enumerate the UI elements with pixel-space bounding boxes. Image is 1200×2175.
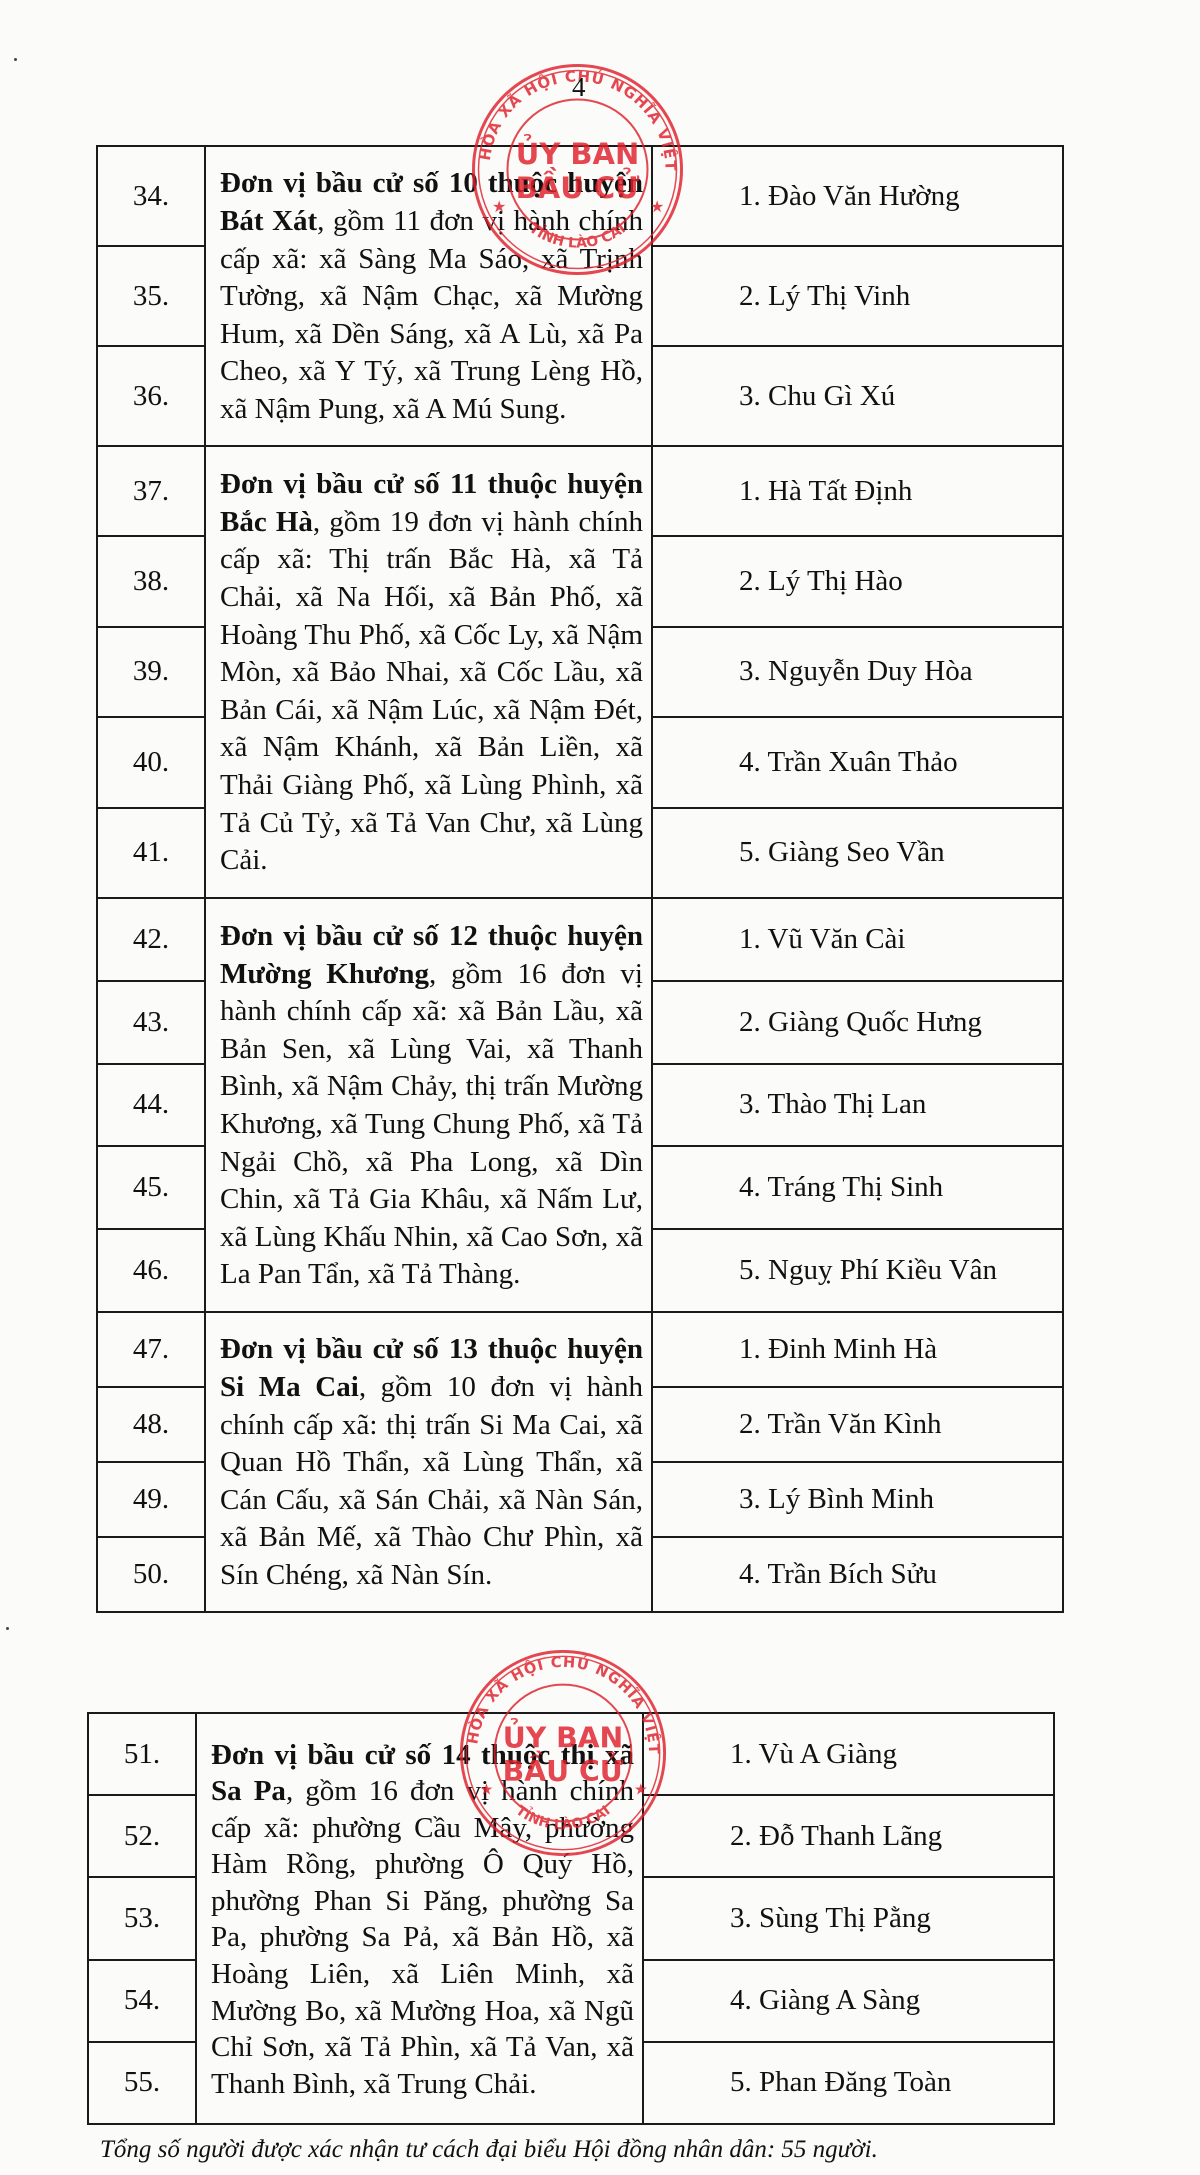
candidate-table: 51.Đơn vị bầu cử số 14 thuộc thị xã Sa P… bbox=[87, 1712, 1055, 2125]
constituency-description: Đơn vị bầu cử số 11 thuộc huyện Bắc Hà, … bbox=[205, 446, 652, 898]
candidate-name: 2. Lý Thị Vinh bbox=[652, 246, 1063, 346]
candidate-name: 1. Đào Văn Hường bbox=[652, 146, 1063, 246]
row-number: 45. bbox=[97, 1146, 205, 1229]
row-number: 41. bbox=[97, 808, 205, 898]
constituency-description: Đơn vị bầu cử số 14 thuộc thị xã Sa Pa, … bbox=[196, 1713, 643, 2124]
scan-speck bbox=[6, 1627, 9, 1630]
row-number: 42. bbox=[97, 898, 205, 981]
row-number: 51. bbox=[88, 1713, 196, 1795]
constituency-communes: , gồm 16 đơn vị hành chính cấp xã: phườn… bbox=[211, 1775, 634, 2100]
row-number: 43. bbox=[97, 981, 205, 1064]
row-number: 34. bbox=[97, 146, 205, 246]
candidate-table: 34.Đơn vị bầu cử số 10 thuộc huyện Bát X… bbox=[96, 145, 1064, 1613]
candidate-name: 1. Hà Tất Định bbox=[652, 446, 1063, 536]
candidate-name: 3. Nguyễn Duy Hòa bbox=[652, 627, 1063, 717]
candidate-name: 4. Trần Bích Sửu bbox=[652, 1537, 1063, 1612]
candidate-name: 1. Vũ Văn Cài bbox=[652, 898, 1063, 981]
row-number: 49. bbox=[97, 1462, 205, 1537]
row-number: 46. bbox=[97, 1229, 205, 1312]
constituency-description: Đơn vị bầu cử số 13 thuộc huyện Si Ma Ca… bbox=[205, 1312, 652, 1612]
candidate-name: 4. Trần Xuân Thảo bbox=[652, 717, 1063, 807]
constituency-description: Đơn vị bầu cử số 10 thuộc huyện Bát Xát,… bbox=[205, 146, 652, 446]
row-number: 48. bbox=[97, 1387, 205, 1462]
row-number: 37. bbox=[97, 446, 205, 536]
candidate-name: 3. Chu Gì Xú bbox=[652, 346, 1063, 446]
candidate-name: 5. Phan Đăng Toàn bbox=[643, 2042, 1054, 2124]
candidate-name: 3. Thào Thị Lan bbox=[652, 1064, 1063, 1147]
table-row: 51.Đơn vị bầu cử số 14 thuộc thị xã Sa P… bbox=[88, 1713, 1054, 1795]
candidate-name: 1. Đinh Minh Hà bbox=[652, 1312, 1063, 1387]
table-row: 47.Đơn vị bầu cử số 13 thuộc huyện Si Ma… bbox=[97, 1312, 1063, 1387]
page-number: 4 bbox=[572, 72, 586, 103]
constituency-communes: , gồm 10 đơn vị hành chính cấp xã: thị t… bbox=[220, 1371, 643, 1591]
candidate-name: 2. Lý Thị Hào bbox=[652, 536, 1063, 626]
constituency-communes: , gồm 19 đơn vị hành chính cấp xã: Thị t… bbox=[220, 506, 643, 876]
row-number: 47. bbox=[97, 1312, 205, 1387]
table-row: 37.Đơn vị bầu cử số 11 thuộc huyện Bắc H… bbox=[97, 446, 1063, 536]
table-row: 34.Đơn vị bầu cử số 10 thuộc huyện Bát X… bbox=[97, 146, 1063, 246]
candidate-name: 2. Đỗ Thanh Lãng bbox=[643, 1795, 1054, 1877]
row-number: 44. bbox=[97, 1064, 205, 1147]
table-row: 42.Đơn vị bầu cử số 12 thuộc huyện Mường… bbox=[97, 898, 1063, 981]
row-number: 53. bbox=[88, 1877, 196, 1959]
constituency-description: Đơn vị bầu cử số 12 thuộc huyện Mường Kh… bbox=[205, 898, 652, 1312]
scan-speck bbox=[14, 58, 17, 61]
row-number: 38. bbox=[97, 536, 205, 626]
candidate-name: 3. Lý Bình Minh bbox=[652, 1462, 1063, 1537]
candidate-name: 4. Tráng Thị Sinh bbox=[652, 1146, 1063, 1229]
candidate-name: 5. Giàng Seo Vần bbox=[652, 808, 1063, 898]
row-number: 40. bbox=[97, 717, 205, 807]
candidate-name: 1. Vù A Giàng bbox=[643, 1713, 1054, 1795]
row-number: 50. bbox=[97, 1537, 205, 1612]
candidate-name: 2. Trần Văn Kình bbox=[652, 1387, 1063, 1462]
candidate-name: 2. Giàng Quốc Hưng bbox=[652, 981, 1063, 1064]
row-number: 54. bbox=[88, 1960, 196, 2042]
total-footnote: Tổng số người được xác nhận tư cách đại … bbox=[100, 2136, 878, 2164]
row-number: 36. bbox=[97, 346, 205, 446]
row-number: 39. bbox=[97, 627, 205, 717]
row-number: 52. bbox=[88, 1795, 196, 1877]
constituency-communes: , gồm 11 đơn vị hành chính cấp xã: xã Sà… bbox=[220, 205, 643, 425]
candidate-name: 4. Giàng A Sàng bbox=[643, 1960, 1054, 2042]
candidate-name: 3. Sùng Thị Pằng bbox=[643, 1877, 1054, 1959]
row-number: 55. bbox=[88, 2042, 196, 2124]
row-number: 35. bbox=[97, 246, 205, 346]
constituency-communes: , gồm 16 đơn vị hành chính cấp xã: xã Bả… bbox=[220, 958, 643, 1291]
candidate-name: 5. Nguỵ Phí Kiều Vân bbox=[652, 1229, 1063, 1312]
